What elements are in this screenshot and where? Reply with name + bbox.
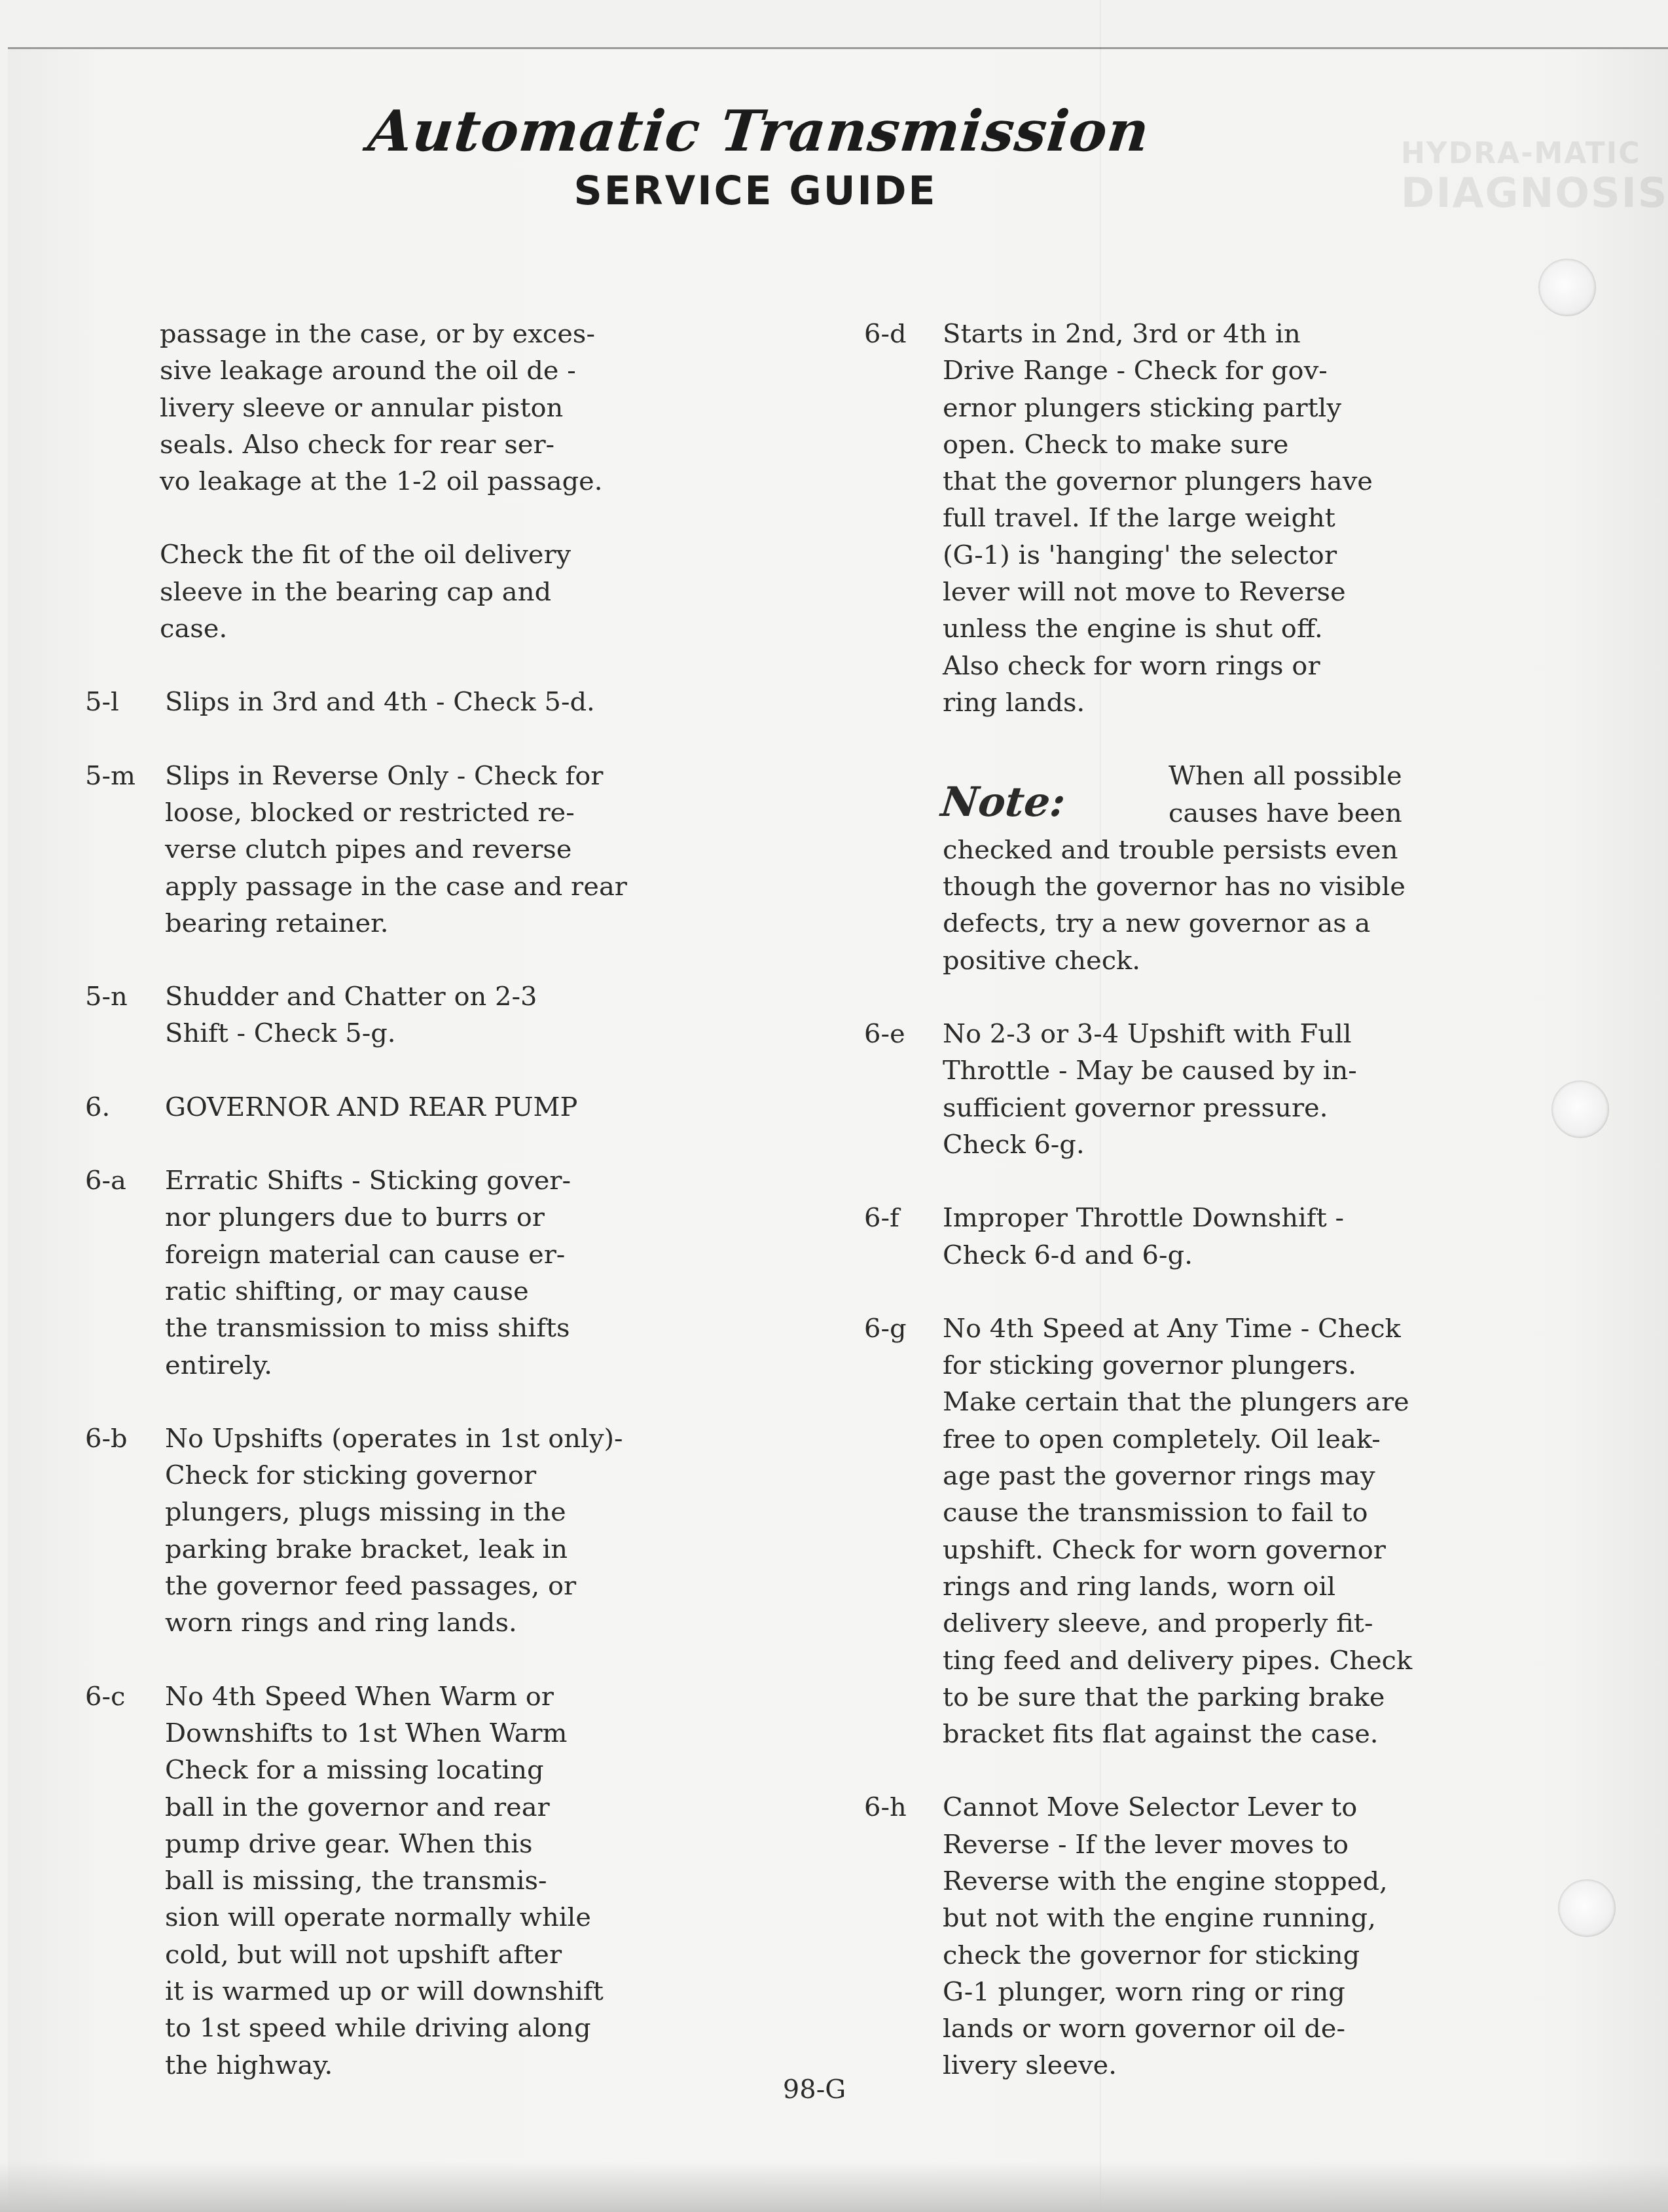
entry-code: 6.: [85, 1089, 110, 1126]
entry-line: cause the transmission to fail to: [943, 1494, 1532, 1531]
entry-line: Throttle - May be caused by in-: [943, 1052, 1532, 1089]
entry-code: 5-n: [85, 978, 128, 1015]
entry-line: bearing retainer.: [165, 905, 746, 942]
entry-line: ernor plungers sticking partly: [943, 390, 1532, 426]
entry-6c: 6-cNo 4th Speed When Warm orDownshifts t…: [85, 1678, 746, 2084]
entry-line: delivery sleeve, and properly fit-: [943, 1605, 1532, 1642]
entry-line: No Upshifts (operates in 1st only)-: [165, 1420, 746, 1457]
entry-line: that the governor plungers have: [943, 463, 1532, 500]
entry-6h: 6-hCannot Move Selector Lever toReverse …: [864, 1789, 1532, 2084]
check-line: Check the fit of the oil delivery: [160, 536, 746, 573]
entry-line: Also check for worn rings or: [943, 648, 1532, 684]
right-entries-top: 6-dStarts in 2nd, 3rd or 4th inDrive Ran…: [864, 316, 1532, 721]
entry-line: open. Check to make sure: [943, 426, 1532, 463]
intro-line: seals. Also check for rear ser-: [160, 426, 746, 463]
intro-paragraph: passage in the case, or by exces-sive le…: [85, 316, 746, 500]
entry-code: 6-d: [864, 316, 907, 352]
entry-line: ball is missing, the transmis-: [165, 1862, 746, 1899]
entry-line: Check 6-d and 6-g.: [943, 1237, 1532, 1274]
page-subtitle: SERVICE GUIDE: [0, 168, 1668, 214]
entry-code: 6-b: [85, 1420, 128, 1457]
page-number: 98-G: [0, 2074, 1648, 2105]
left-entries: 5-lSlips in 3rd and 4th - Check 5-d.5-mS…: [85, 684, 746, 2084]
punch-hole: [1558, 1879, 1616, 1937]
entry-line: Downshifts to 1st When Warm: [165, 1715, 746, 1752]
entry-line: lever will not move to Reverse: [943, 574, 1532, 610]
entry-line: Improper Throttle Downshift -: [943, 1200, 1532, 1236]
entry-6g: 6-gNo 4th Speed at Any Time - Checkfor s…: [864, 1310, 1532, 1753]
entry-line: No 4th Speed at Any Time - Check: [943, 1310, 1532, 1347]
entry-line: ring lands.: [943, 684, 1532, 721]
right-column: 6-dStarts in 2nd, 3rd or 4th inDrive Ran…: [864, 316, 1532, 2121]
note-label: Note:: [939, 784, 1067, 820]
page-title: Automatic Transmission: [365, 98, 1152, 164]
entry-line: for sticking governor plungers.: [943, 1347, 1532, 1384]
intro-line: passage in the case, or by exces-: [160, 316, 746, 352]
entry-line: Check for sticking governor: [165, 1457, 746, 1494]
punch-hole: [1551, 1080, 1609, 1138]
entry-line: No 4th Speed When Warm or: [165, 1678, 746, 1715]
entry-line: ball in the governor and rear: [165, 1789, 746, 1826]
entry-line: ratic shifting, or may cause: [165, 1273, 746, 1310]
entry-5n: 5-nShudder and Chatter on 2-3Shift - Che…: [85, 978, 746, 1052]
entry-line: unless the engine is shut off.: [943, 610, 1532, 647]
note-line: though the governor has no visible: [943, 868, 1532, 905]
entry-5m: 5-mSlips in Reverse Only - Check forloos…: [85, 758, 746, 942]
entry-6b: 6-bNo Upshifts (operates in 1st only)-Ch…: [85, 1420, 746, 1642]
entry-6: 6.GOVERNOR AND REAR PUMP: [85, 1089, 746, 1126]
entry-code: 6-a: [85, 1162, 126, 1199]
note-line: When all possible: [1169, 758, 1532, 794]
entry-line: sion will operate normally while: [165, 1899, 746, 1936]
entry-line: apply passage in the case and rear: [165, 868, 746, 905]
entry-line: Slips in Reverse Only - Check for: [165, 758, 746, 794]
entry-line: nor plungers due to burrs or: [165, 1199, 746, 1236]
entry-line: pump drive gear. When this: [165, 1826, 746, 1862]
entry-line: to be sure that the parking brake: [943, 1679, 1532, 1716]
check-paragraph: Check the fit of the oil deliverysleeve …: [85, 536, 746, 647]
entry-line: the transmission to miss shifts: [165, 1310, 746, 1346]
note-line: checked and trouble persists even: [943, 832, 1532, 868]
entry-line: No 2-3 or 3-4 Upshift with Full: [943, 1016, 1532, 1052]
intro-line: vo leakage at the 1-2 oil passage.: [160, 463, 746, 500]
note-block: Note: When all possiblecauses have been …: [864, 758, 1532, 979]
entry-line: entirely.: [165, 1347, 746, 1384]
check-line: case.: [160, 610, 746, 647]
entry-code: 6-h: [864, 1789, 907, 1826]
entry-line: parking brake bracket, leak in: [165, 1531, 746, 1568]
entry-line: Reverse - If the lever moves to: [943, 1826, 1532, 1863]
entry-line: Make certain that the plungers are: [943, 1384, 1532, 1420]
entry-line: Check 6-g.: [943, 1126, 1532, 1163]
entry-code: 5-l: [85, 684, 119, 720]
page-header: Automatic Transmission SERVICE GUIDE: [0, 98, 1668, 214]
entry-code: 6-e: [864, 1016, 905, 1052]
note-line: causes have been: [1169, 795, 1532, 832]
entry-line: Slips in 3rd and 4th - Check 5-d.: [165, 684, 746, 720]
entry-line: Check for a missing locating: [165, 1752, 746, 1788]
entry-line: GOVERNOR AND REAR PUMP: [165, 1089, 746, 1126]
entry-line: check the governor for sticking: [943, 1937, 1532, 1974]
entry-line: sufficient governor pressure.: [943, 1090, 1532, 1126]
entry-line: G-1 plunger, worn ring or ring: [943, 1974, 1532, 2010]
note-lines: checked and trouble persists eventhough …: [943, 832, 1532, 979]
right-entries-bottom: 6-eNo 2-3 or 3-4 Upshift with FullThrott…: [864, 1016, 1532, 2084]
entry-line: bracket fits flat against the case.: [943, 1716, 1532, 1752]
entry-line: the governor feed passages, or: [165, 1568, 746, 1604]
intro-line: sive leakage around the oil de -: [160, 352, 746, 389]
entry-6f: 6-fImproper Throttle Downshift -Check 6-…: [864, 1200, 1532, 1274]
entry-line: full travel. If the large weight: [943, 500, 1532, 536]
entry-line: worn rings and ring lands.: [165, 1604, 746, 1641]
entry-6d: 6-dStarts in 2nd, 3rd or 4th inDrive Ran…: [864, 316, 1532, 721]
note-line: defects, try a new governor as a: [943, 905, 1532, 942]
entry-5l: 5-lSlips in 3rd and 4th - Check 5-d.: [85, 684, 746, 720]
entry-code: 6-g: [864, 1310, 907, 1347]
entry-line: to 1st speed while driving along: [165, 2010, 746, 2046]
check-line: sleeve in the bearing cap and: [160, 574, 746, 610]
entry-line: Shift - Check 5-g.: [165, 1015, 746, 1052]
left-column: passage in the case, or by exces-sive le…: [85, 316, 746, 2120]
intro-line: livery sleeve or annular piston: [160, 390, 746, 426]
entry-line: but not with the engine running,: [943, 1900, 1532, 1936]
entry-line: Drive Range - Check for gov-: [943, 352, 1532, 389]
entry-line: free to open completely. Oil leak-: [943, 1421, 1532, 1458]
entry-6e: 6-eNo 2-3 or 3-4 Upshift with FullThrott…: [864, 1016, 1532, 1163]
entry-line: Cannot Move Selector Lever to: [943, 1789, 1532, 1826]
entry-line: it is warmed up or will downshift: [165, 1973, 746, 2010]
punch-hole: [1538, 259, 1596, 316]
entry-code: 6-c: [85, 1678, 125, 1715]
entry-line: Starts in 2nd, 3rd or 4th in: [943, 316, 1532, 352]
entry-line: verse clutch pipes and reverse: [165, 831, 746, 868]
entry-line: (G-1) is 'hanging' the selector: [943, 537, 1532, 574]
entry-line: Reverse with the engine stopped,: [943, 1863, 1532, 1900]
entry-line: lands or worn governor oil de-: [943, 2010, 1532, 2047]
entry-line: plungers, plugs missing in the: [165, 1494, 746, 1530]
scan-shadow: [0, 2161, 1668, 2212]
entry-line: cold, but will not upshift after: [165, 1936, 746, 1973]
entry-line: loose, blocked or restricted re-: [165, 794, 746, 831]
entry-line: foreign material can cause er-: [165, 1236, 746, 1273]
entry-line: upshift. Check for worn governor: [943, 1532, 1532, 1568]
entry-line: ting feed and delivery pipes. Check: [943, 1642, 1532, 1679]
entry-line: rings and ring lands, worn oil: [943, 1568, 1532, 1605]
entry-line: Erratic Shifts - Sticking gover-: [165, 1162, 746, 1199]
note-line: positive check.: [943, 942, 1532, 979]
entry-line: age past the governor rings may: [943, 1458, 1532, 1494]
entry-line: Shudder and Chatter on 2-3: [165, 978, 746, 1015]
entry-code: 6-f: [864, 1200, 899, 1236]
entry-code: 5-m: [85, 758, 136, 794]
entry-6a: 6-aErratic Shifts - Sticking gover-nor p…: [85, 1162, 746, 1384]
